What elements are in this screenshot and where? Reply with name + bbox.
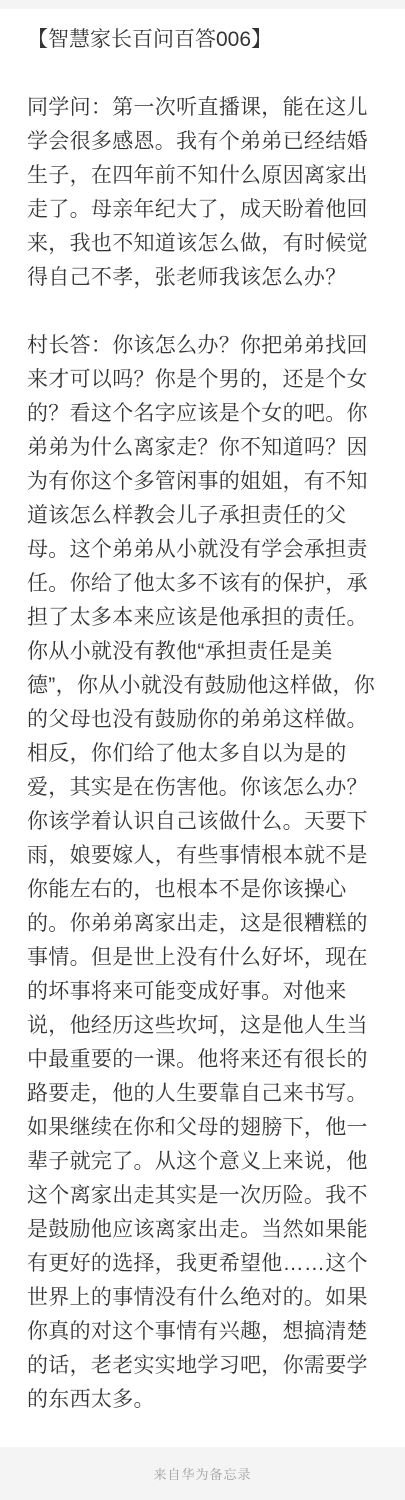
source-app-label: 来自华为备忘录 — [153, 1464, 251, 1483]
note-card: 【智慧家长百问百答006】 同学问：第一次听直播课，能在这儿学会很多感恩。我有个… — [0, 9, 405, 1447]
answer-paragraph: 村长答：你该怎么办？你把弟弟找回来才可以吗？你是个男的，还是个女的？看这个名字应… — [27, 329, 378, 1417]
share-footer: 来自华为备忘录 — [0, 1447, 405, 1500]
question-paragraph: 同学问：第一次听直播课，能在这儿学会很多感恩。我有个弟弟已经结婚生子，在四年前不… — [27, 91, 378, 295]
note-title: 【智慧家长百问百答006】 — [27, 23, 378, 57]
memo-share-image: { "note": { "title": "【智慧家长百问百答006】", "q… — [0, 0, 405, 1500]
